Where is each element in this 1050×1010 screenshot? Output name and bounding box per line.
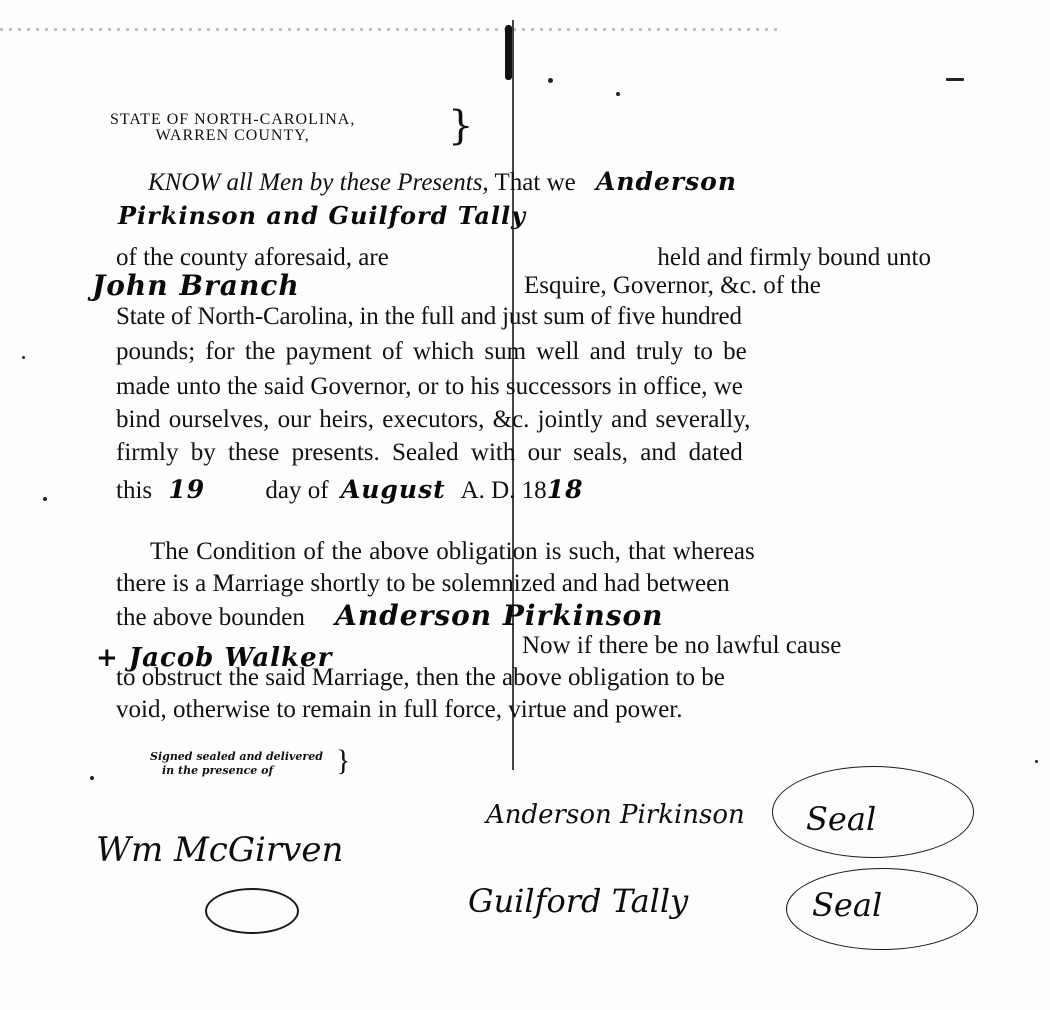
witness-brace: } <box>336 746 350 776</box>
know-all-men-text: KNOW all Men by these Presents, <box>148 169 489 196</box>
body-line-7: made unto the said Governor, or to his s… <box>116 373 743 401</box>
ink-speck <box>946 78 964 81</box>
header-county: WARREN COUNTY, <box>110 128 355 144</box>
body-line-1: KNOW all Men by these Presents, That we … <box>148 168 737 197</box>
body-line-5: State of North-Carolina, in the full and… <box>116 303 742 331</box>
ink-speck <box>43 497 47 501</box>
body-line-8: bind ourselves, our heirs, executors, &c… <box>116 406 750 434</box>
seal-flourish-1 <box>772 766 974 858</box>
handwritten-year: 18 <box>547 475 584 504</box>
handwritten-name-1: Anderson <box>596 167 737 196</box>
body-line-3: of the county aforesaid, are held and fi… <box>116 244 931 272</box>
fold-mark <box>505 25 512 80</box>
text-segment: this <box>116 477 152 504</box>
seal-flourish-2 <box>786 868 978 950</box>
witness-signature: Wm McGirven <box>96 830 343 870</box>
scan-noise <box>0 28 780 31</box>
condition-line-5: to obstruct the said Marriage, then the … <box>116 664 725 692</box>
text-segment: held and firmly bound unto <box>657 244 931 272</box>
signature-1: Anderson Pirkinson <box>486 800 745 830</box>
body-line-9: firmly by these presents. Sealed with ou… <box>116 439 743 467</box>
handwritten-day: 19 <box>168 475 205 504</box>
condition-line-6: void, otherwise to remain in full force,… <box>116 696 683 724</box>
body-line-10: this 19 day of August A. D. 1818 <box>116 476 583 505</box>
document-header: STATE OF NORTH-CAROLINA, WARREN COUNTY, <box>110 112 355 144</box>
header-brace: } <box>448 106 473 146</box>
condition-line-4: Now if there be no lawful cause <box>522 632 841 660</box>
header-state: STATE OF NORTH-CAROLINA, <box>110 112 355 128</box>
condition-line-1: The Condition of the above obligation is… <box>150 538 755 566</box>
condition-line-3: the above bounden Anderson Pirkinson <box>116 602 664 632</box>
text-segment: of the county aforesaid, are <box>116 244 389 272</box>
body-line-4-print: Esquire, Governor, &c. of the <box>524 272 821 300</box>
body-line-6: pounds; for the payment of which sum wel… <box>116 338 747 366</box>
handwritten-names-line: Pirkinson and Guilford Tally <box>118 202 526 230</box>
signature-2: Guilford Tally <box>468 882 688 920</box>
text-segment: Esquire, Governor, &c. of the <box>524 272 821 299</box>
ink-speck <box>22 356 25 359</box>
signature-flourish <box>205 888 299 934</box>
body-line-4: John Branch <box>92 272 300 302</box>
that-we-text: That we <box>495 169 576 196</box>
handwritten-month: August <box>341 475 446 504</box>
witness-label-line-1: Signed sealed and delivered <box>150 750 323 764</box>
ink-speck <box>90 776 94 780</box>
text-segment: day of <box>265 477 328 504</box>
ink-speck <box>616 92 620 96</box>
text-segment: A. D. 18 <box>461 477 547 504</box>
text-segment: the above bounden <box>116 604 305 631</box>
marriage-bond-document: STATE OF NORTH-CAROLINA, WARREN COUNTY, … <box>0 0 1050 1010</box>
condition-line-2: there is a Marriage shortly to be solemn… <box>116 570 730 598</box>
ink-speck <box>548 78 553 83</box>
ink-speck <box>1035 760 1038 763</box>
handwritten-groom-name: Anderson Pirkinson <box>335 599 663 632</box>
witness-label-line-2: in the presence of <box>150 764 323 778</box>
witness-label: Signed sealed and delivered in the prese… <box>150 750 323 778</box>
handwritten-governor-name: John Branch <box>92 269 300 302</box>
